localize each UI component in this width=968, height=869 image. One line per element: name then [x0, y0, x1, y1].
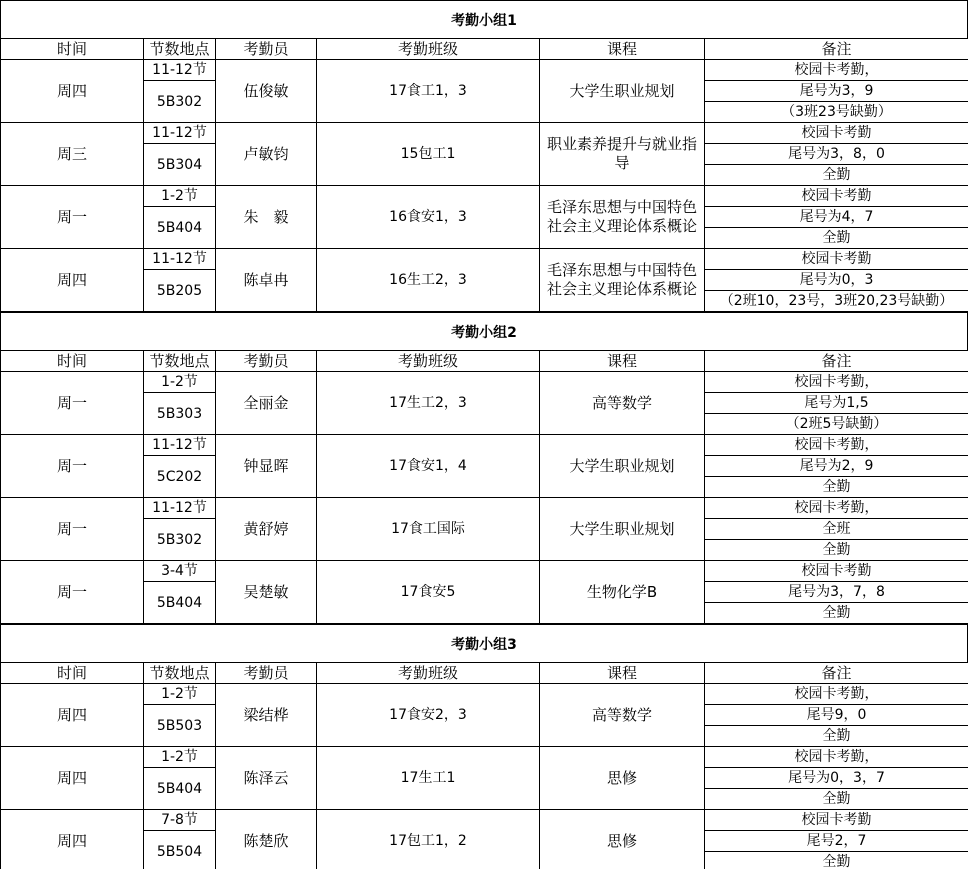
col-header-period-room: 节数地点	[144, 39, 216, 60]
period-cell: 11-12节	[144, 123, 216, 144]
note-cell: 校园卡考勤	[705, 249, 968, 270]
room-cell: 5B302	[144, 81, 216, 123]
classes-cell: 17食安2，3	[317, 684, 540, 747]
classes-cell: 15包工1	[317, 123, 540, 186]
course-cell: 思修	[540, 747, 705, 810]
period-cell: 11-12节	[144, 498, 216, 519]
table-row: 周四 1-2节 陈泽云 17生工1 思修 校园卡考勤，	[1, 747, 968, 768]
classes-cell: 17食安5	[317, 561, 540, 624]
period-cell: 7-8节	[144, 810, 216, 831]
note-cell: 校园卡考勤，	[705, 372, 968, 393]
table-row: 周一 1-2节 朱 毅 16食安1，3 毛泽东思想与中国特色社会主义理论体系概论…	[1, 186, 968, 207]
checker-cell: 陈卓冉	[216, 249, 317, 312]
day-cell: 周四	[1, 810, 144, 869]
classes-cell: 17食工国际	[317, 498, 540, 561]
course-cell: 大学生职业规划	[540, 60, 705, 123]
period-cell: 1-2节	[144, 684, 216, 705]
group-table: 时间 节数地点 考勤员 考勤班级 课程 备注 周一 1-2节 全丽金 17生工2…	[0, 350, 968, 624]
table-row: 周一 11-12节 钟显晖 17食安1，4 大学生职业规划 校园卡考勤，	[1, 435, 968, 456]
table-row: 周四 7-8节 陈楚欣 17包工1，2 思修 校园卡考勤	[1, 810, 968, 831]
group-title: 考勤小组3	[0, 624, 968, 662]
col-header-notes: 备注	[705, 351, 968, 372]
checker-cell: 钟显晖	[216, 435, 317, 498]
course-cell: 职业素养提升与就业指导	[540, 123, 705, 186]
note-cell: 尾号为3，9	[705, 81, 968, 102]
course-cell: 毛泽东思想与中国特色社会主义理论体系概论	[540, 249, 705, 312]
table-row: 周三 11-12节 卢敏钧 15包工1 职业素养提升与就业指导 校园卡考勤	[1, 123, 968, 144]
room-cell: 5B205	[144, 270, 216, 312]
table-row: 周一 3-4节 吴楚敏 17食安5 生物化学B 校园卡考勤	[1, 561, 968, 582]
classes-cell: 16食安1，3	[317, 186, 540, 249]
col-header-time: 时间	[1, 663, 144, 684]
note-cell: 尾号为2，9	[705, 456, 968, 477]
header-row: 时间 节数地点 考勤员 考勤班级 课程 备注	[1, 351, 968, 372]
note-cell: 校园卡考勤，	[705, 747, 968, 768]
note-cell: 全勤	[705, 477, 968, 498]
day-cell: 周一	[1, 186, 144, 249]
table-row: 周四 11-12节 陈卓冉 16生工2，3 毛泽东思想与中国特色社会主义理论体系…	[1, 249, 968, 270]
note-cell: 校园卡考勤，	[705, 435, 968, 456]
room-cell: 5C202	[144, 456, 216, 498]
day-cell: 周四	[1, 60, 144, 123]
note-cell: 校园卡考勤	[705, 561, 968, 582]
course-cell: 思修	[540, 810, 705, 869]
period-cell: 11-12节	[144, 60, 216, 81]
course-cell: 大学生职业规划	[540, 435, 705, 498]
col-header-checker: 考勤员	[216, 39, 317, 60]
checker-cell: 黄舒婷	[216, 498, 317, 561]
checker-cell: 伍俊敏	[216, 60, 317, 123]
note-cell: 校园卡考勤，	[705, 684, 968, 705]
col-header-period-room: 节数地点	[144, 351, 216, 372]
day-cell: 周一	[1, 372, 144, 435]
day-cell: 周四	[1, 684, 144, 747]
note-cell: 全勤	[705, 789, 968, 810]
checker-cell: 卢敏钧	[216, 123, 317, 186]
col-header-time: 时间	[1, 351, 144, 372]
col-header-checker: 考勤员	[216, 351, 317, 372]
col-header-course: 课程	[540, 39, 705, 60]
day-cell: 周一	[1, 498, 144, 561]
col-header-checker: 考勤员	[216, 663, 317, 684]
period-cell: 11-12节	[144, 435, 216, 456]
course-cell: 高等数学	[540, 372, 705, 435]
course-cell: 大学生职业规划	[540, 498, 705, 561]
note-cell: 校园卡考勤	[705, 186, 968, 207]
note-cell: （2班10，23号，3班20,23号缺勤）	[705, 291, 968, 312]
note-cell: 全勤	[705, 540, 968, 561]
col-header-classes: 考勤班级	[317, 39, 540, 60]
table-row: 周一 11-12节 黄舒婷 17食工国际 大学生职业规划 校园卡考勤，	[1, 498, 968, 519]
classes-cell: 17生工1	[317, 747, 540, 810]
note-cell: 全勤	[705, 228, 968, 249]
note-cell: 校园卡考勤，	[705, 498, 968, 519]
note-cell: 尾号9，0	[705, 705, 968, 726]
room-cell: 5B503	[144, 705, 216, 747]
checker-cell: 吴楚敏	[216, 561, 317, 624]
header-row: 时间 节数地点 考勤员 考勤班级 课程 备注	[1, 663, 968, 684]
note-cell: 尾号为3，8，0	[705, 144, 968, 165]
group-table: 时间 节数地点 考勤员 考勤班级 课程 备注 周四 11-12节 伍俊敏 17食…	[0, 38, 968, 312]
group-3: 考勤小组3 时间 节数地点 考勤员 考勤班级 课程 备注 周四 1-2节 梁结桦…	[0, 624, 968, 869]
note-cell: 全勤	[705, 603, 968, 624]
group-1: 考勤小组1 时间 节数地点 考勤员 考勤班级 课程 备注 周四 11-12节 伍…	[0, 0, 968, 312]
room-cell: 5B404	[144, 582, 216, 624]
period-cell: 3-4节	[144, 561, 216, 582]
group-title: 考勤小组2	[0, 312, 968, 350]
classes-cell: 17食安1，4	[317, 435, 540, 498]
col-header-notes: 备注	[705, 663, 968, 684]
col-header-classes: 考勤班级	[317, 663, 540, 684]
course-cell: 毛泽东思想与中国特色社会主义理论体系概论	[540, 186, 705, 249]
group-table: 时间 节数地点 考勤员 考勤班级 课程 备注 周四 1-2节 梁结桦 17食安2…	[0, 662, 968, 869]
table-row: 周四 11-12节 伍俊敏 17食工1，3 大学生职业规划 校园卡考勤，	[1, 60, 968, 81]
group-title: 考勤小组1	[0, 0, 968, 38]
checker-cell: 朱 毅	[216, 186, 317, 249]
note-cell: 全班	[705, 519, 968, 540]
classes-cell: 16生工2，3	[317, 249, 540, 312]
day-cell: 周一	[1, 561, 144, 624]
day-cell: 周四	[1, 249, 144, 312]
period-cell: 11-12节	[144, 249, 216, 270]
col-header-course: 课程	[540, 351, 705, 372]
room-cell: 5B304	[144, 144, 216, 186]
col-header-notes: 备注	[705, 39, 968, 60]
note-cell: （3班23号缺勤）	[705, 102, 968, 123]
period-cell: 1-2节	[144, 372, 216, 393]
checker-cell: 陈楚欣	[216, 810, 317, 869]
table-row: 周四 1-2节 梁结桦 17食安2，3 高等数学 校园卡考勤，	[1, 684, 968, 705]
table-row: 周一 1-2节 全丽金 17生工2，3 高等数学 校园卡考勤，	[1, 372, 968, 393]
col-header-course: 课程	[540, 663, 705, 684]
note-cell: 全勤	[705, 165, 968, 186]
note-cell: 全勤	[705, 852, 968, 869]
note-cell: 尾号为0，3	[705, 270, 968, 291]
period-cell: 1-2节	[144, 186, 216, 207]
checker-cell: 陈泽云	[216, 747, 317, 810]
day-cell: 周三	[1, 123, 144, 186]
classes-cell: 17食工1，3	[317, 60, 540, 123]
note-cell: 尾号为3，7，8	[705, 582, 968, 603]
note-cell: 尾号为0，3，7	[705, 768, 968, 789]
attendance-sheet: 考勤小组1 时间 节数地点 考勤员 考勤班级 课程 备注 周四 11-12节 伍…	[0, 0, 968, 869]
course-cell: 高等数学	[540, 684, 705, 747]
room-cell: 5B504	[144, 831, 216, 869]
checker-cell: 全丽金	[216, 372, 317, 435]
course-cell: 生物化学B	[540, 561, 705, 624]
col-header-classes: 考勤班级	[317, 351, 540, 372]
checker-cell: 梁结桦	[216, 684, 317, 747]
note-cell: 尾号为1,5	[705, 393, 968, 414]
note-cell: 尾号为4，7	[705, 207, 968, 228]
room-cell: 5B404	[144, 768, 216, 810]
header-row: 时间 节数地点 考勤员 考勤班级 课程 备注	[1, 39, 968, 60]
col-header-time: 时间	[1, 39, 144, 60]
room-cell: 5B303	[144, 393, 216, 435]
note-cell: （2班5号缺勤）	[705, 414, 968, 435]
group-2: 考勤小组2 时间 节数地点 考勤员 考勤班级 课程 备注 周一 1-2节 全丽金…	[0, 312, 968, 624]
period-cell: 1-2节	[144, 747, 216, 768]
day-cell: 周一	[1, 435, 144, 498]
classes-cell: 17生工2，3	[317, 372, 540, 435]
note-cell: 校园卡考勤，	[705, 60, 968, 81]
room-cell: 5B302	[144, 519, 216, 561]
room-cell: 5B404	[144, 207, 216, 249]
col-header-period-room: 节数地点	[144, 663, 216, 684]
note-cell: 校园卡考勤	[705, 810, 968, 831]
note-cell: 全勤	[705, 726, 968, 747]
note-cell: 校园卡考勤	[705, 123, 968, 144]
note-cell: 尾号2，7	[705, 831, 968, 852]
classes-cell: 17包工1，2	[317, 810, 540, 869]
day-cell: 周四	[1, 747, 144, 810]
